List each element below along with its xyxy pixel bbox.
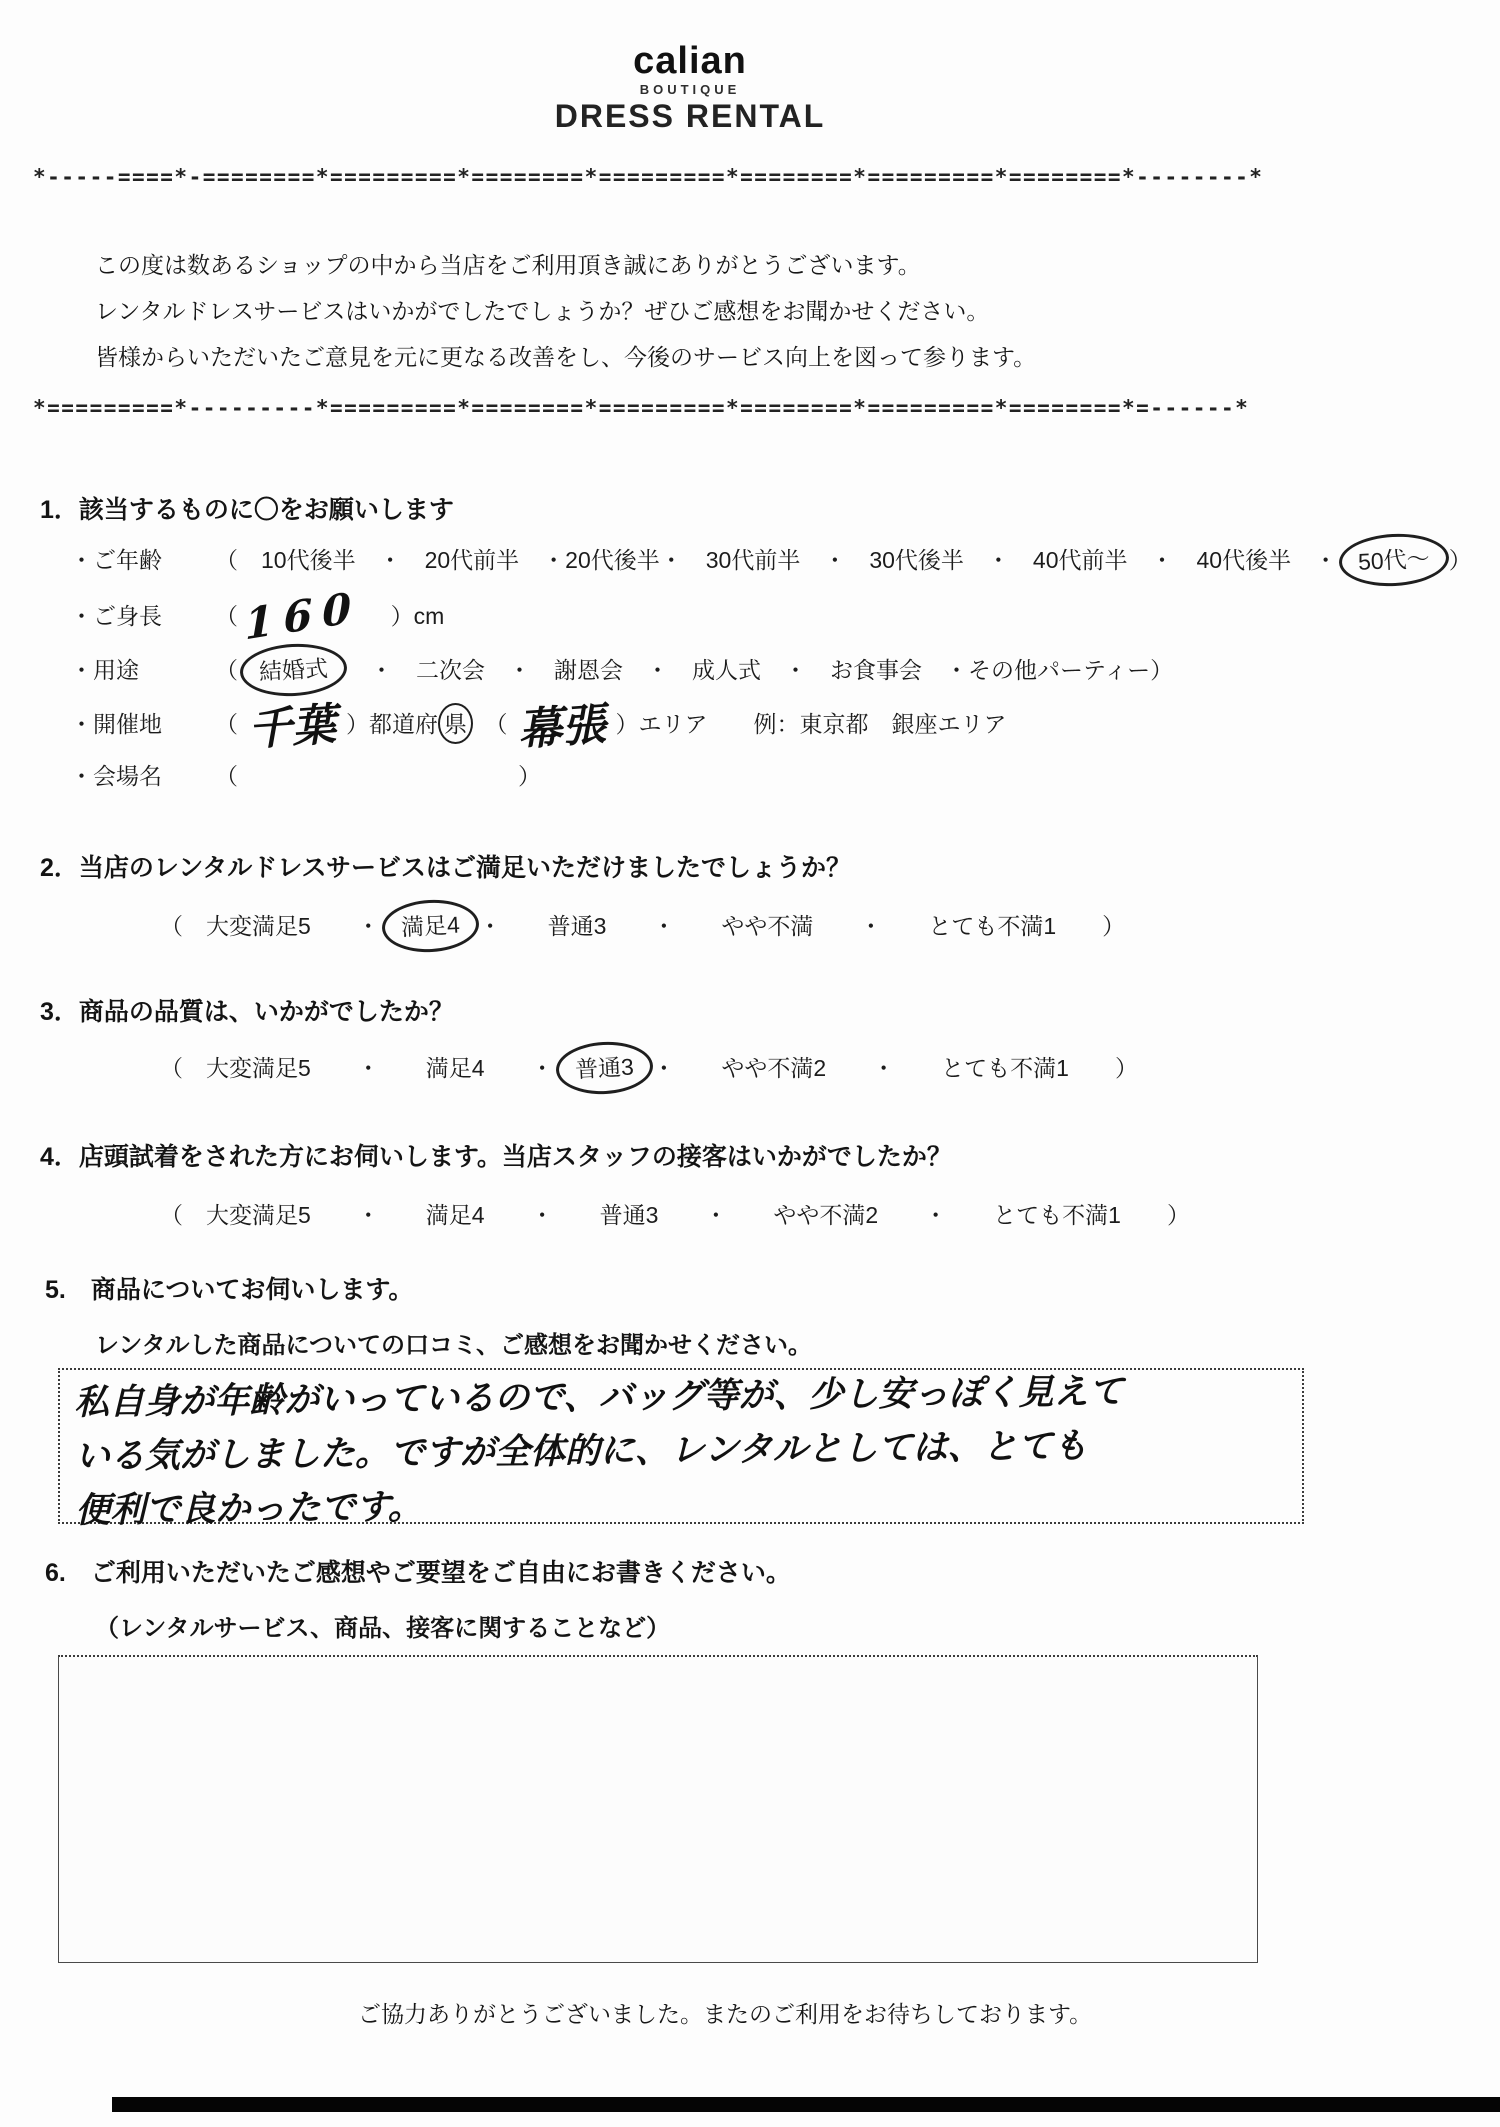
q1-height-unit: ）cm [368, 603, 445, 629]
q3-options-before: （ 大変満足5 ・ 満足4 ・ [160, 1055, 554, 1081]
q2-options-row: （ 大変満足5 ・満足4・ 普通3 ・ やや不満 ・ とても不満1 ） [160, 908, 1125, 942]
intro-line-2: レンタルドレスサービスはいかがでしたでしょうか？ぜひご感想をお聞かせください。 [95, 288, 989, 334]
q4-title: 4．店頭試着をされた方にお伺いします。当店スタッフの接客はいかがでしたか？ [40, 1137, 952, 1173]
divider-top: *-----====*-========*=========*========*… [33, 165, 1263, 189]
q1-area-text: ）エリア [616, 711, 708, 737]
q1-age-row: ・ご年齢（ 10代後半 ・ 20代前半 ・20代後半・ 30代前半 ・ 30代後… [70, 542, 1472, 576]
q5-comment-box: 私自身が年齢がいっているので、バッグ等が、少し安っぽく見えて いる気がしました。… [58, 1368, 1304, 1524]
q1-area-handwritten-value: 幕張 [518, 725, 606, 731]
q1-venue-name-row: ・会場名（） [70, 758, 541, 791]
q6-title: 6. ご利用いただいたご感想やご要望をご自由にお書きください。 [45, 1553, 791, 1589]
q1-prefecture-circled-char: 県 [438, 703, 473, 744]
q5-comment-line-2: いる気がしました。ですが全体的に、レンタルとしては、とても [75, 1419, 1125, 1484]
q1-location-row: ・開催地（千葉）都道府県 （幕張）エリア 例：東京都 銀座エリア [70, 706, 1007, 740]
q1-location-label: ・開催地 [70, 706, 215, 739]
q1-purpose-open-paren: （ [215, 657, 238, 683]
q1-purpose-label: ・用途 [70, 652, 215, 685]
divider-bottom: *=========*---------*=========*========*… [33, 396, 1249, 420]
q5-subtitle: レンタルした商品についての口コミ、ご感想をお聞かせください。 [95, 1325, 812, 1360]
q2-selected-circle: 満足4 [381, 898, 480, 955]
intro-line-3: 皆様からいただいたご意見を元に更なる改善をし、今後のサービス向上を図って参ります… [95, 334, 1036, 380]
q1-area-open-paren: （ [473, 711, 508, 737]
q6-subtitle: （レンタルサービス、商品、接客に関することなど） [95, 1608, 670, 1643]
footer-thanks-text: ご協力ありがとうございました。またのご利用をお待ちしております。 [358, 1996, 1092, 2029]
q2-options-after: ・ 普通3 ・ やや不満 ・ とても不満1 ） [479, 913, 1126, 939]
q5-title: 5. 商品についてお伺いします。 [45, 1270, 413, 1306]
brand-subtitle: BOUTIQUE [0, 82, 1380, 97]
q1-age-close: ） [1449, 547, 1472, 573]
q1-title: 1．該当するものに〇をお願いします [40, 490, 454, 526]
intro-line-1: この度は数あるショップの中から当店をご利用頂き誠にありがとうございます。 [95, 242, 921, 288]
q1-location-open-paren: （ [215, 711, 238, 737]
q1-prefecture-handwritten-value: 千葉 [248, 725, 336, 731]
q1-area-example: 例：東京都 銀座エリア [708, 711, 1007, 737]
q1-purpose-options: ・ 二次会 ・ 謝恩会 ・ 成人式 ・ お食事会 ・その他パーティー） [347, 657, 1173, 683]
q1-height-open-paren: （ [215, 603, 238, 629]
q1-venue-name-label: ・会場名 [70, 758, 215, 791]
q1-age-options: （ 10代後半 ・ 20代前半 ・20代後半・ 30代前半 ・ 30代後半 ・ … [215, 547, 1337, 573]
q1-venue-name-open-paren: （ [215, 763, 238, 789]
q3-options-after: ・ やや不満2 ・ とても不満1 ） [652, 1055, 1138, 1081]
q1-venue-name-close-paren: ） [518, 763, 541, 789]
q1-prefecture-text: ）都道府 [346, 711, 438, 737]
q1-purpose-row: ・用途（結婚式 ・ 二次会 ・ 謝恩会 ・ 成人式 ・ お食事会 ・その他パーテ… [70, 652, 1173, 686]
q1-purpose-selected-circle: 結婚式 [239, 641, 349, 699]
q6-free-comment-box [58, 1655, 1258, 1963]
q1-height-row: ・ご身長（160 ）cm [70, 598, 444, 631]
q1-age-selected-circle: 50代〜 [1338, 531, 1450, 589]
q1-height-label: ・ご身長 [70, 598, 215, 631]
q3-options-row: （ 大変満足5 ・ 満足4 ・普通3・ やや不満2 ・ とても不満1 ） [160, 1050, 1138, 1084]
q1-height-handwritten-value: 160 [245, 607, 361, 625]
q1-age-label: ・ご年齢 [70, 542, 215, 575]
brand-logo: calian [0, 40, 1380, 83]
q3-title: 3．商品の品質は、いかがでしたか？ [40, 992, 454, 1028]
survey-form-page: calian BOUTIQUE DRESS RENTAL *-----====*… [0, 0, 1500, 2127]
q3-selected-circle: 普通3 [554, 1040, 653, 1097]
q2-options-before: （ 大変満足5 ・ [160, 913, 380, 939]
q4-options-row: （ 大変満足5 ・ 満足4 ・ 普通3 ・ やや不満2 ・ とても不満1 ） [160, 1197, 1190, 1230]
scan-artifact-bar [112, 2097, 1500, 2112]
q5-comment-line-3: 便利で良かったです。 [75, 1473, 1125, 1538]
document-title: DRESS RENTAL [0, 98, 1380, 135]
q2-title: 2．当店のレンタルドレスサービスはご満足いただけましたでしょうか？ [40, 848, 851, 884]
q5-handwritten-comment: 私自身が年齢がいっているので、バッグ等が、少し安っぽく見えて いる気がしました。… [74, 1365, 1125, 1538]
